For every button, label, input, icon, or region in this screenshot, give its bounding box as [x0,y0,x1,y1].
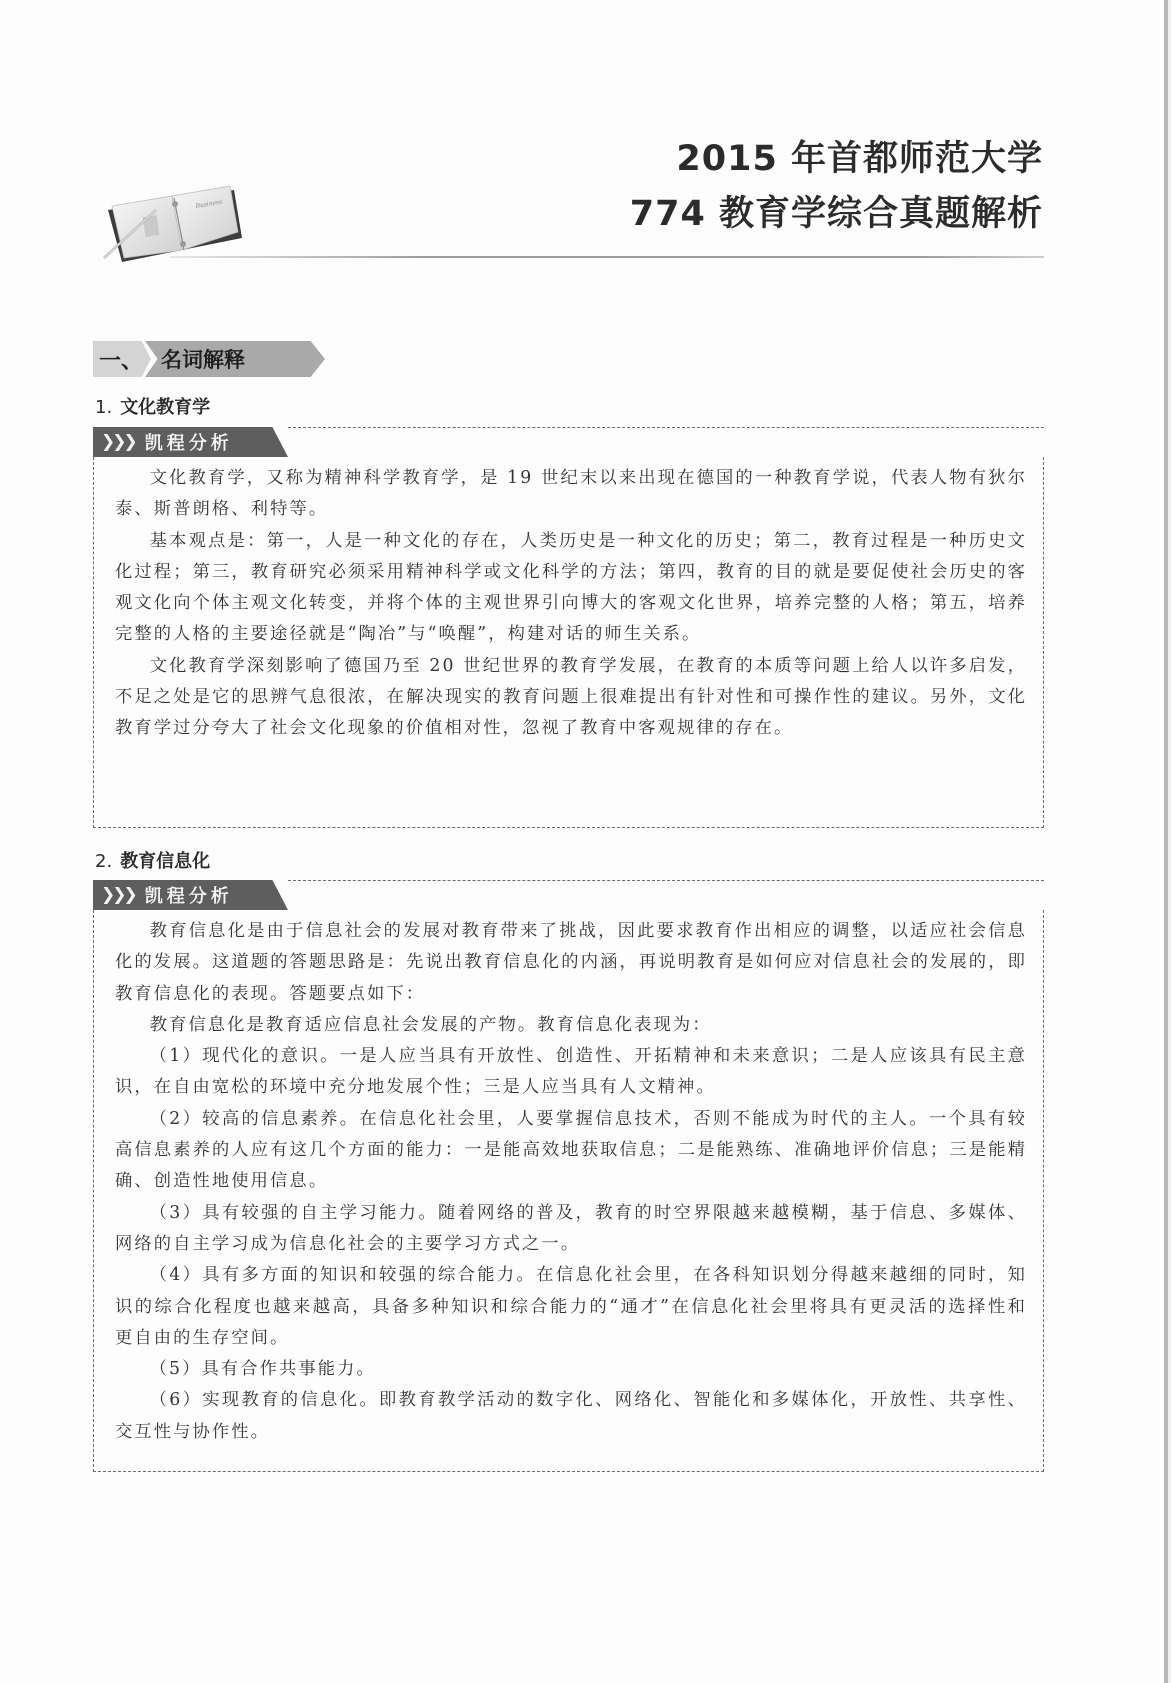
header-divider [170,256,1044,258]
box-top-border [288,880,1044,881]
section-banner: 一、 名词解释 [93,341,325,377]
paragraph: （4）具有多方面的知识和较强的综合能力。在信息化社会里，在各科知识划分得越来越细… [115,1260,1027,1354]
question-number: 1. [95,397,112,418]
analysis-box-2: 教育信息化是由于信息社会的发展对教育带来了挑战，因此要求教育作出相应的调整，以适… [93,910,1044,1472]
triple-chevron-icon: ❯❯❯ [101,432,135,452]
title-line-2: 774 教育学综合真题解析 [630,187,1043,242]
box-top-border [288,427,1044,428]
paragraph: 文化教育学，又称为精神科学教育学，是 19 世纪末以来出现在德国的一种教育学说，… [115,463,1027,526]
paragraph: 教育信息化是教育适应信息社会发展的产物。教育信息化表现为： [115,1010,1027,1041]
paragraph: （1）现代化的意识。一是人应当具有开放性、创造性、开拓精神和未来意识；二是人应该… [115,1041,1027,1104]
analysis-tag-label: 凯程分析 [145,429,233,455]
paragraph: 文化教育学深刻影响了德国乃至 20 世纪世界的教育学发展，在教育的本质等问题上给… [115,651,1027,745]
paragraph: （6）实现教育的信息化。即教育教学活动的数字化、网络化、智能化和多媒体化，开放性… [115,1385,1027,1448]
analysis-body: 教育信息化是由于信息社会的发展对教育带来了挑战，因此要求教育作出相应的调整，以适… [94,910,1043,1448]
analysis-box-1: 文化教育学，又称为精神科学教育学，是 19 世纪末以来出现在德国的一种教育学说，… [93,457,1044,828]
paragraph: （5）具有合作共事能力。 [115,1354,1027,1385]
question-title: 文化教育学 [120,397,210,418]
question-number: 2. [95,851,112,872]
analysis-tag-label: 凯程分析 [145,882,233,908]
paragraph: （3）具有较强的自主学习能力。随着网络的普及，教育的时空界限越来越模糊，基于信息… [115,1198,1027,1261]
analysis-tag: ❯❯❯凯程分析 [93,880,288,910]
page-title: 2015 年首都师范大学 774 教育学综合真题解析 [630,132,1043,242]
notebook-icon: Business [96,170,246,265]
question-title: 教育信息化 [120,851,210,872]
title-line-1: 2015 年首都师范大学 [630,132,1043,187]
triple-chevron-icon: ❯❯❯ [101,885,135,905]
analysis-tag: ❯❯❯凯程分析 [93,427,288,457]
analysis-body: 文化教育学，又称为精神科学教育学，是 19 世纪末以来出现在德国的一种教育学说，… [94,457,1043,745]
section-number: 一、 [93,341,151,377]
question-heading-1: 1.文化教育学 [95,393,210,419]
paragraph: （2）较高的信息素养。在信息化社会里，人要掌握信息技术，否则不能成为时代的主人。… [115,1104,1027,1198]
section-title: 名词解释 [145,341,325,377]
question-heading-2: 2.教育信息化 [95,847,210,873]
paragraph: 教育信息化是由于信息社会的发展对教育带来了挑战，因此要求教育作出相应的调整，以适… [115,916,1027,1010]
paragraph: 基本观点是：第一，人是一种文化的存在，人类历史是一种文化的历史；第二，教育过程是… [115,526,1027,651]
